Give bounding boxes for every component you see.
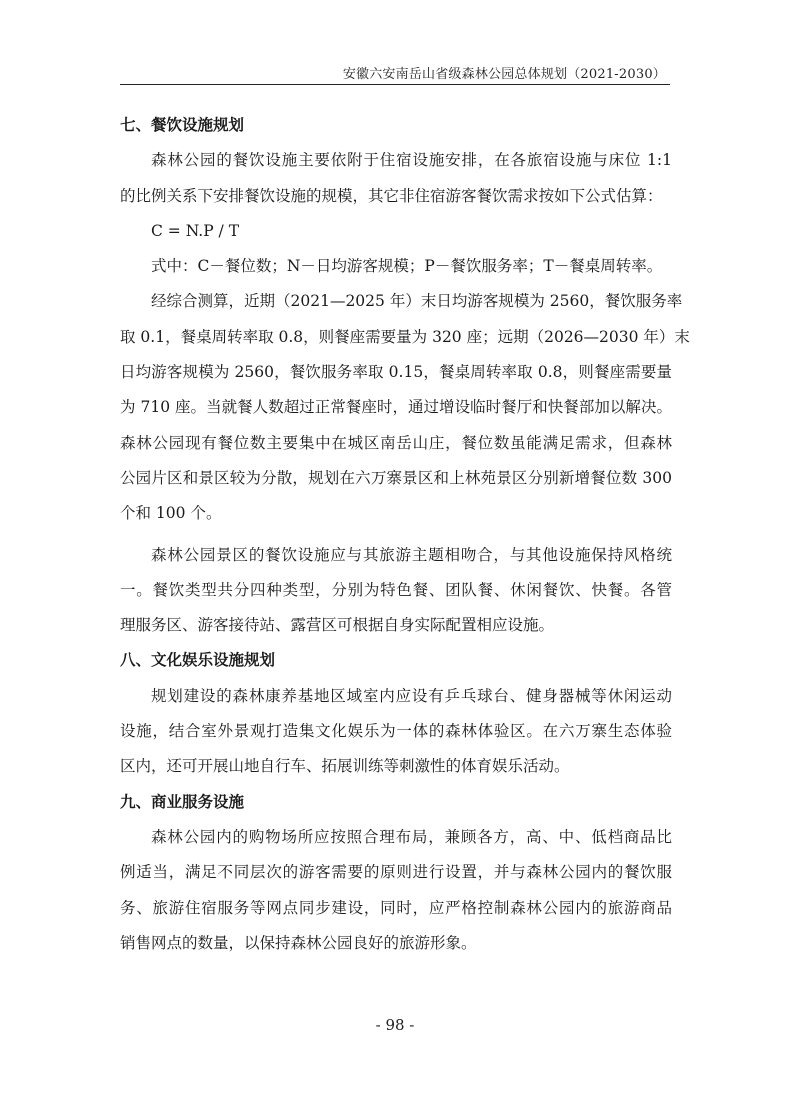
formula-legend: 式中：C－餐位数；N－日均游客规模；P－餐饮服务率；T－餐桌周转率。 (120, 249, 672, 284)
paragraph-line: 一。餐饮类型共分四种类型，分别为特色餐、团队餐、休闲餐饮、快餐。各管 (120, 573, 672, 608)
document-title: 安徽六安南岳山省级森林公园总体规划（2021-2030） (343, 63, 666, 82)
paragraph-line: 为 710 座。当就餐人数超过正常餐座时，通过增设临时餐厅和快餐部加以解决。 (120, 390, 672, 425)
running-header: 安徽六安南岳山省级森林公园总体规划（2021-2030） (120, 60, 670, 85)
paragraph-line: 森林公园现有餐位数主要集中在城区南岳山庄，餐位数虽能满足需求，但森林 (120, 426, 672, 461)
paragraph-line: 的比例关系下安排餐饮设施的规模，其它非住宿游客餐饮需求按如下公式估算： (120, 179, 672, 214)
paragraph-line: 公园片区和景区较为分散，规划在六万寨景区和上林苑景区分别新增餐位数 300 (120, 461, 672, 496)
paragraph-line: 务、旅游住宿服务等网点同步建设，同时，应严格控制森林公园内的旅游商品 (120, 891, 672, 926)
formula: C = N.P / T (120, 214, 672, 249)
paragraph-line: 销售网点的数量，以保持森林公园良好的旅游形象。 (120, 926, 672, 961)
paragraph-line: 经综合测算，近期（2021—2025 年）末日均游客规模为 2560，餐饮服务率 (120, 284, 672, 319)
page-number: - 98 - (0, 1016, 790, 1034)
section-heading-catering: 七、餐饮设施规划 (120, 108, 672, 143)
paragraph-line: 森林公园景区的餐饮设施应与其旅游主题相吻合，与其他设施保持风格统 (120, 538, 672, 573)
section-heading-entertainment: 八、文化娱乐设施规划 (120, 643, 672, 678)
paragraph-line: 设施，结合室外景观打造集文化娱乐为一体的森林体验区。在六万寨生态体验 (120, 714, 672, 749)
paragraph-line: 区内，还可开展山地自行车、拓展训练等刺激性的体育娱乐活动。 (120, 749, 672, 784)
paragraph-line: 日均游客规模为 2560，餐饮服务率取 0.15，餐桌周转率取 0.8，则餐座需… (120, 355, 672, 390)
paragraph-line: 森林公园的餐饮设施主要依附于住宿设施安排，在各旅宿设施与床位 1:1 (120, 143, 672, 178)
paragraph-line: 例适当，满足不同层次的游客需要的原则进行设置，并与森林公园内的餐饮服 (120, 855, 672, 890)
paragraph-line: 个和 100 个。 (120, 496, 672, 531)
section-heading-commercial: 九、商业服务设施 (120, 785, 672, 820)
paragraph-line: 森林公园内的购物场所应按照合理布局，兼顾各方，高、中、低档商品比 (120, 820, 672, 855)
paragraph-line: 理服务区、游客接待站、露营区可根据自身实际配置相应设施。 (120, 608, 672, 643)
page-body: 七、餐饮设施规划 森林公园的餐饮设施主要依附于住宿设施安排，在各旅宿设施与床位 … (120, 108, 672, 961)
paragraph-line: 规划建设的森林康养基地区域室内应设有乒乓球台、健身器械等休闲运动 (120, 679, 672, 714)
paragraph-line: 取 0.1，餐桌周转率取 0.8，则餐座需要量为 320 座；远期（2026—2… (120, 320, 672, 355)
